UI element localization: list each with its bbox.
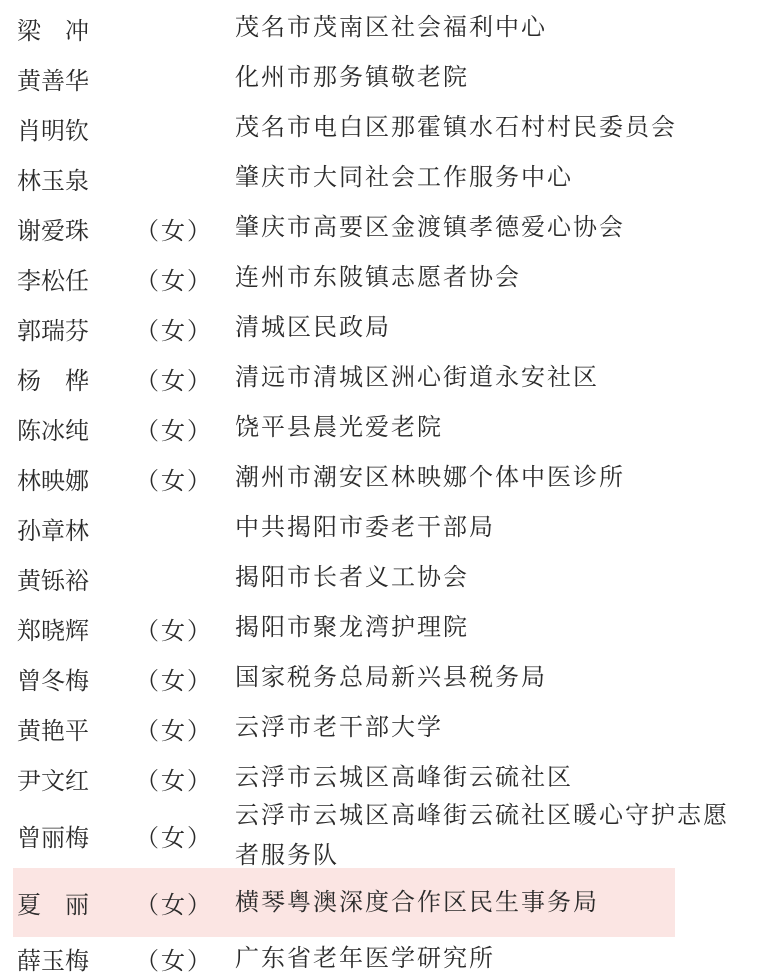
person-name: 林玉泉 <box>17 161 135 196</box>
organization-name: 云浮市老干部大学 <box>235 715 735 741</box>
gender-label: （女） <box>135 261 235 296</box>
person-name: 黄善华 <box>17 61 135 96</box>
person-name: 黄艳平 <box>17 711 135 746</box>
list-row: 郑晓辉 （女） 揭阳市聚龙湾护理院 <box>0 603 768 653</box>
person-name: 夏 丽 <box>17 885 135 920</box>
gender-label: （女） <box>135 941 235 976</box>
person-name: 曾冬梅 <box>17 661 135 696</box>
organization-name: 中共揭阳市委老干部局 <box>235 515 735 541</box>
organization-name: 清远市清城区洲心街道永安社区 <box>235 365 735 391</box>
list-row: 黄铄裕 揭阳市长者义工协会 <box>0 553 768 603</box>
gender-label: （女） <box>135 711 235 746</box>
person-name: 曾丽梅 <box>17 818 135 853</box>
organization-name: 云浮市云城区高峰街云硫社区 <box>235 765 735 791</box>
person-name: 薛玉梅 <box>17 941 135 976</box>
organization-name: 潮州市潮安区林映娜个体中医诊所 <box>235 465 735 491</box>
person-name: 梁 冲 <box>17 11 135 46</box>
gender-label: （女） <box>135 361 235 396</box>
organization-name: 揭阳市长者义工协会 <box>235 565 735 591</box>
gender-label: （女） <box>135 885 235 920</box>
person-name: 陈冰纯 <box>17 411 135 446</box>
organization-name: 云浮市云城区高峰街云硫社区暖心守护志愿者服务队 <box>235 796 735 876</box>
gender-label: （女） <box>135 461 235 496</box>
list-row: 谢爱珠 （女） 肇庆市高要区金渡镇孝德爱心协会 <box>0 203 768 253</box>
gender-label: （女） <box>135 611 235 646</box>
person-name: 李松任 <box>17 261 135 296</box>
person-name: 肖明钦 <box>17 111 135 146</box>
organization-name: 化州市那务镇敬老院 <box>235 65 735 91</box>
organization-name: 连州市东陂镇志愿者协会 <box>235 265 735 291</box>
person-name: 郑晓辉 <box>17 611 135 646</box>
organization-name: 清城区民政局 <box>235 315 735 341</box>
list-row: 肖明钦 茂名市电白区那霍镇水石村村民委员会 <box>0 103 768 153</box>
organization-name: 肇庆市大同社会工作服务中心 <box>235 165 735 191</box>
list-row: 梁 冲 茂名市茂南区社会福利中心 <box>0 3 768 53</box>
person-name: 郭瑞芬 <box>17 311 135 346</box>
person-name: 林映娜 <box>17 461 135 496</box>
list-row-highlighted: 夏 丽 （女） 横琴粤澳深度合作区民生事务局 <box>0 868 768 937</box>
list-row: 林玉泉 肇庆市大同社会工作服务中心 <box>0 153 768 203</box>
list-row: 郭瑞芬 （女） 清城区民政局 <box>0 303 768 353</box>
list-row: 黄艳平 （女） 云浮市老干部大学 <box>0 703 768 753</box>
list-row: 曾丽梅 （女） 云浮市云城区高峰街云硫社区暖心守护志愿者服务队 <box>0 803 768 868</box>
organization-name: 肇庆市高要区金渡镇孝德爱心协会 <box>235 215 735 241</box>
list-row: 李松任 （女） 连州市东陂镇志愿者协会 <box>0 253 768 303</box>
gender-label: （女） <box>135 761 235 796</box>
person-name: 谢爱珠 <box>17 211 135 246</box>
gender-label: （女） <box>135 661 235 696</box>
document-page: 梁 冲 茂名市茂南区社会福利中心 黄善华 化州市那务镇敬老院 肖明钦 茂名市电白… <box>0 0 768 980</box>
person-name: 孙章林 <box>17 511 135 546</box>
organization-name: 茂名市茂南区社会福利中心 <box>235 15 735 41</box>
organization-name: 横琴粤澳深度合作区民生事务局 <box>235 890 735 916</box>
organization-name: 饶平县晨光爱老院 <box>235 415 735 441</box>
organization-name: 揭阳市聚龙湾护理院 <box>235 615 735 641</box>
gender-label: （女） <box>135 818 235 853</box>
list-row: 孙章林 中共揭阳市委老干部局 <box>0 503 768 553</box>
list-row: 黄善华 化州市那务镇敬老院 <box>0 53 768 103</box>
person-name: 尹文红 <box>17 761 135 796</box>
organization-name: 国家税务总局新兴县税务局 <box>235 665 735 691</box>
gender-label: （女） <box>135 211 235 246</box>
recipient-list: 梁 冲 茂名市茂南区社会福利中心 黄善华 化州市那务镇敬老院 肖明钦 茂名市电白… <box>0 3 768 980</box>
gender-label: （女） <box>135 311 235 346</box>
organization-name: 茂名市电白区那霍镇水石村村民委员会 <box>235 115 735 141</box>
list-row: 陈冰纯 （女） 饶平县晨光爱老院 <box>0 403 768 453</box>
list-row: 杨 桦 （女） 清远市清城区洲心街道永安社区 <box>0 353 768 403</box>
person-name: 杨 桦 <box>17 361 135 396</box>
list-row: 曾冬梅 （女） 国家税务总局新兴县税务局 <box>0 653 768 703</box>
gender-label: （女） <box>135 411 235 446</box>
organization-name: 广东省老年医学研究所 <box>235 946 735 972</box>
person-name: 黄铄裕 <box>17 561 135 596</box>
list-row: 薛玉梅 （女） 广东省老年医学研究所 <box>0 937 768 980</box>
list-row: 林映娜 （女） 潮州市潮安区林映娜个体中医诊所 <box>0 453 768 503</box>
